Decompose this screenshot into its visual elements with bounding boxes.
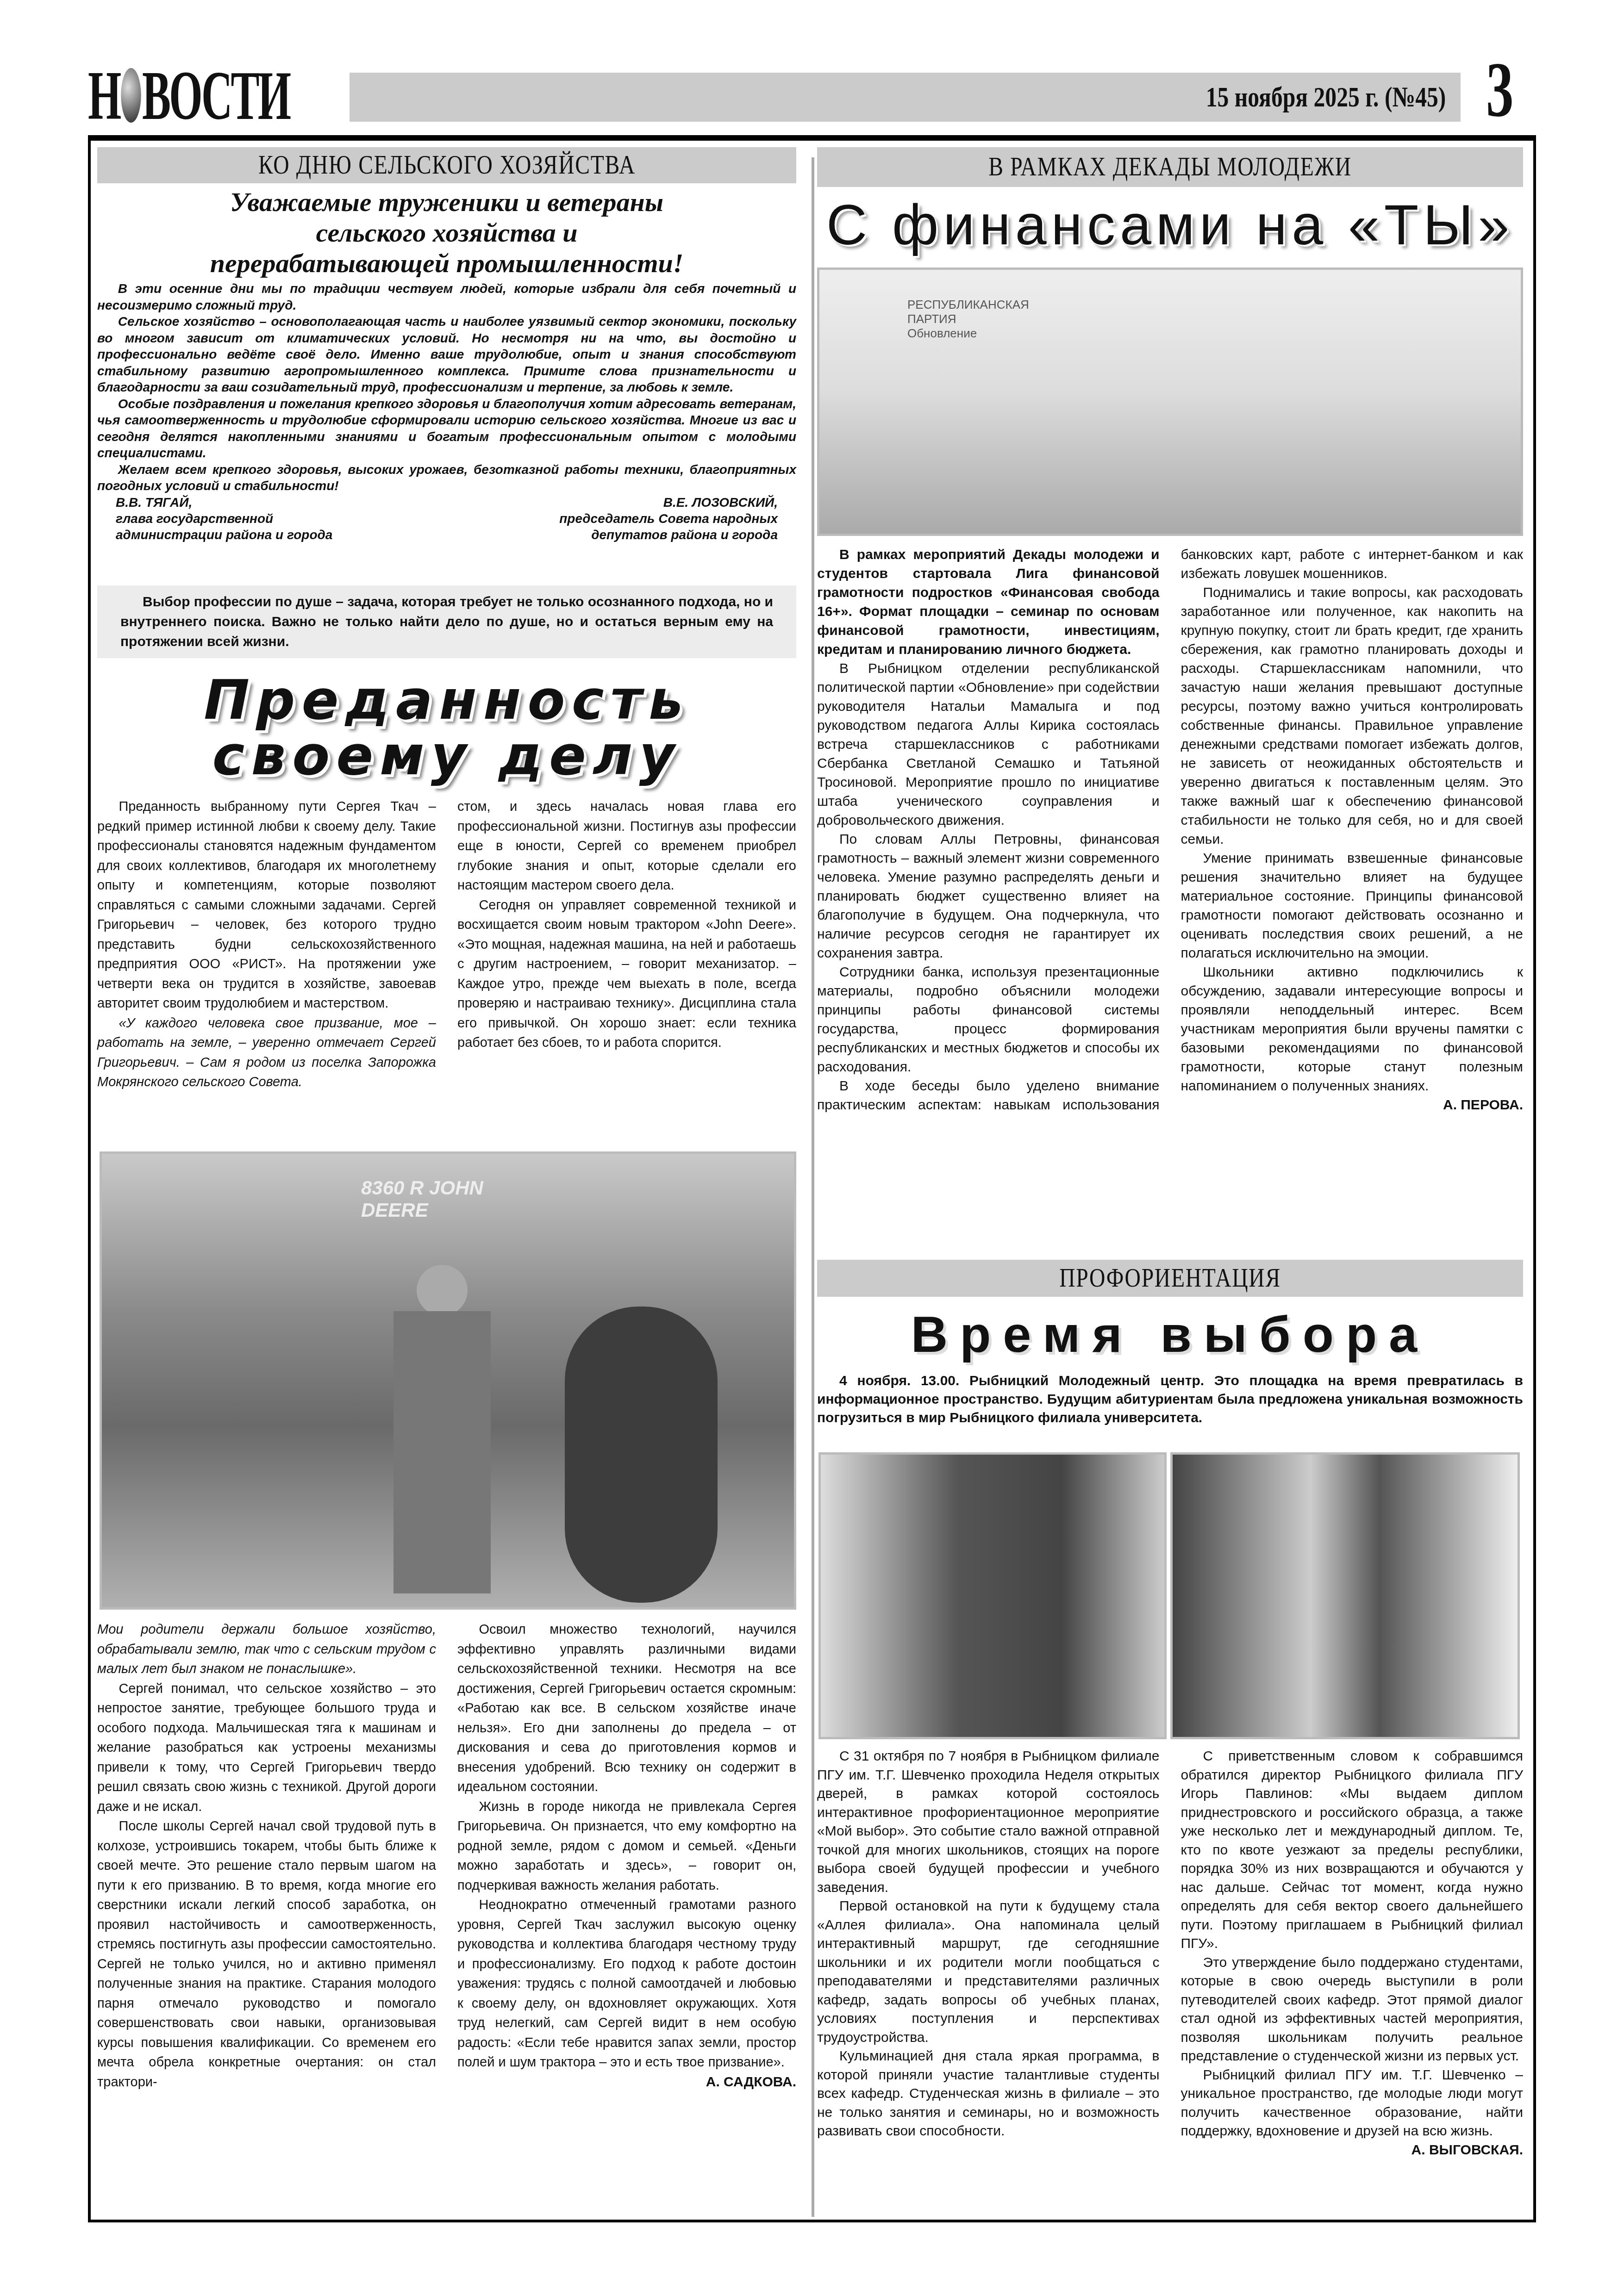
article-body: В рамках мероприятий Декады молодежи и с… — [817, 545, 1523, 1221]
column-divider — [812, 157, 814, 2217]
article-title: Преданность своему делу — [97, 672, 796, 783]
article-lead: 4 ноября. 13.00. Рыбницкий Молодежный це… — [817, 1372, 1523, 1427]
tractor-wheel — [565, 1307, 718, 1603]
tractor-model-label: 8360 R JOHN DEERE — [361, 1177, 518, 1260]
photo-finance-seminar: РЕСПУБЛИКАНСКАЯ ПАРТИЯ Обновление — [817, 268, 1523, 536]
article-lead: Выбор профессии по душе – задача, котора… — [97, 585, 796, 658]
signatories: В.В. ТЯГАЙ, глава государственной админи… — [97, 494, 796, 543]
article-finance: В РАМКАХ ДЕКАДЫ МОЛОДЕЖИ С финансами на … — [817, 147, 1523, 1221]
person-head — [417, 1265, 468, 1316]
congrats-heading: Уважаемые труженики и ветераны сельского… — [97, 187, 796, 279]
article-body: С 31 октября по 7 ноября в Рыбницком фил… — [817, 1747, 1523, 2215]
article-devotion: Выбор профессии по душе – задача, котора… — [97, 585, 796, 1135]
photo-tractor-driver: 8360 R JOHN DEERE — [100, 1151, 796, 1610]
page-number: 3 — [1486, 55, 1514, 124]
party-sign-text: РЕСПУБЛИКАНСКАЯ ПАРТИЯ Обновление — [907, 298, 1009, 341]
rubric: КО ДНЮ СЕЛЬСКОГО ХОЗЯЙСТВА — [97, 147, 796, 183]
article-body-bottom: Мои родители держали большое хозяйство, … — [97, 1620, 796, 2198]
signatory-left: В.В. ТЯГАЙ, глава государственной админи… — [116, 494, 332, 543]
newspaper-logo: НВОСТИ — [88, 69, 289, 123]
article-choice-body: С 31 октября по 7 ноября в Рыбницком фил… — [817, 1747, 1523, 2215]
person-body — [394, 1311, 491, 1593]
globe-icon — [121, 68, 141, 123]
signatory-right: В.Е. ЛОЗОВСКИЙ, председатель Совета наро… — [559, 494, 778, 543]
article-choice: ПРОФОРИЕНТАЦИЯ Время выбора 4 ноября. 13… — [817, 1260, 1523, 1427]
issue-date: 15 ноября 2025 г. (№45) — [1206, 76, 1446, 118]
article-title: Время выбора — [817, 1302, 1523, 1367]
article-title: С финансами на «ТЫ» — [817, 193, 1523, 257]
photo-students-laptop — [1170, 1452, 1520, 1739]
photo-speaker-director — [818, 1452, 1167, 1739]
rubric: В РАМКАХ ДЕКАДЫ МОЛОДЕЖИ — [817, 147, 1523, 187]
article-congratulations: КО ДНЮ СЕЛЬСКОГО ХОЗЯЙСТВА Уважаемые тру… — [97, 147, 796, 543]
rubric: ПРОФОРИЕНТАЦИЯ — [817, 1260, 1523, 1297]
congrats-body: В эти осенние дни мы по традиции чествуе… — [97, 280, 796, 494]
author-signature: А. ПЕРОВА. — [1181, 1095, 1524, 1114]
article-body-top: Преданность выбранному пути Сергея Ткач … — [97, 797, 796, 1135]
article-devotion-continued: Мои родители держали большое хозяйство, … — [97, 1620, 796, 2198]
author-signature: А. САДКОВА. — [457, 2072, 796, 2092]
author-signature: А. ВЫГОВСКАЯ. — [1181, 2141, 1524, 2160]
logo-text: ВОСТИ — [142, 69, 289, 123]
logo-letter: Н — [88, 69, 120, 123]
